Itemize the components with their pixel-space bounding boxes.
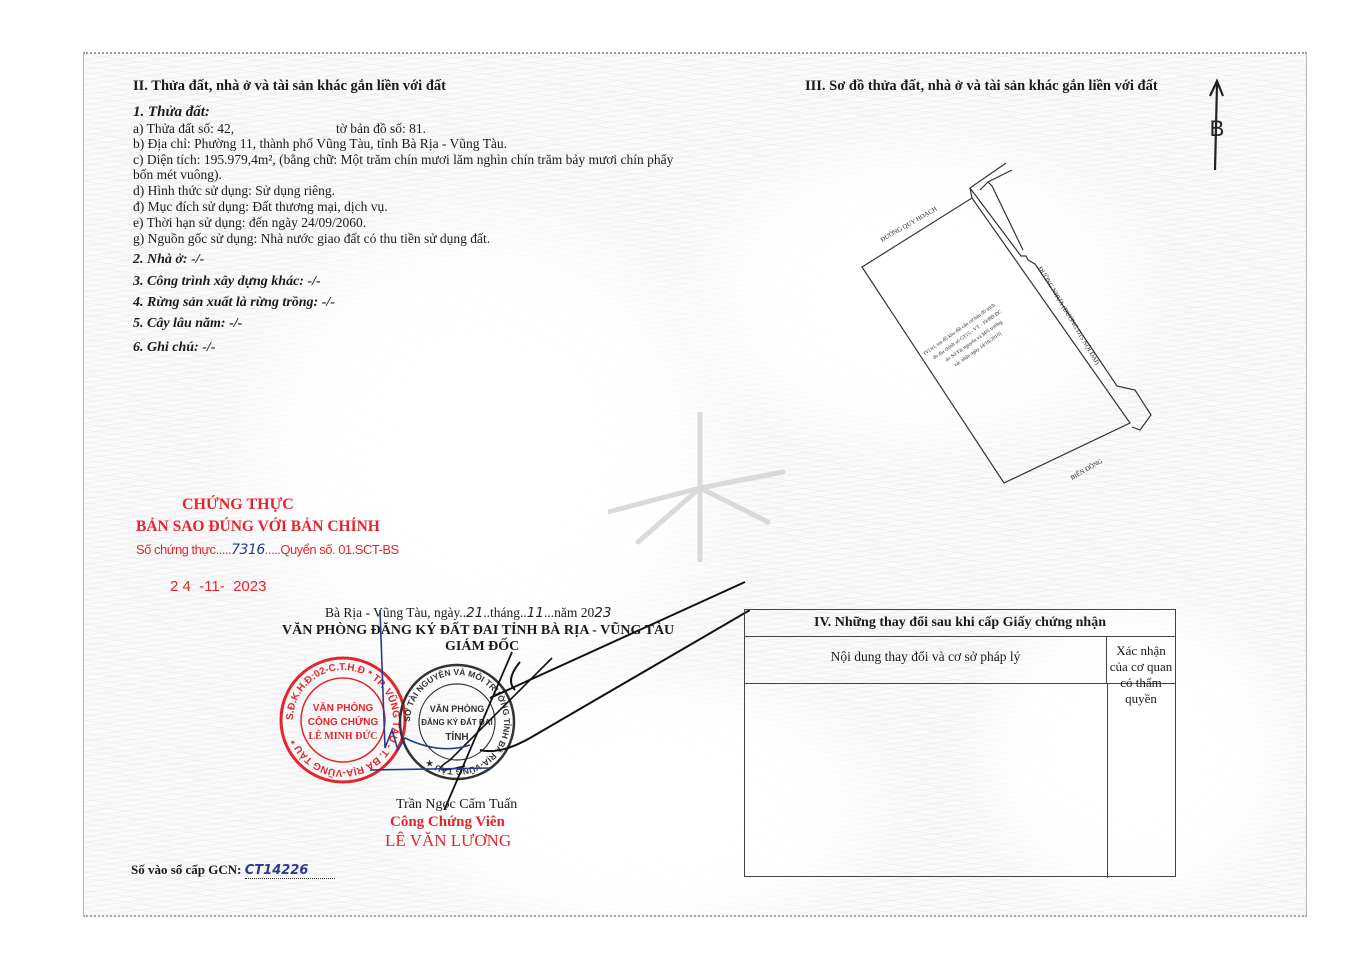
notary-name: LÊ VĂN LƯƠNG bbox=[385, 831, 511, 851]
usage-origin: g) Nguồn gốc sử dụng: Nhà nước giao đất … bbox=[133, 231, 490, 247]
cert-number-label: Số chứng thực bbox=[136, 542, 216, 557]
cert-book: Quyển số. 01.SCT-BS bbox=[280, 542, 398, 557]
registry-label: Số vào sổ cấp GCN: bbox=[131, 862, 242, 877]
col-change-content: Nội dung thay đổi và cơ sở pháp lý bbox=[745, 637, 1107, 683]
item-perennial: 5. Cây lâu năm: -/- bbox=[133, 316, 242, 332]
usage-form: d) Hình thức sử dụng: Sử dụng riêng. bbox=[133, 183, 335, 199]
notary-title: Công Chứng Viên bbox=[390, 814, 505, 831]
col-authority-confirmation: Xác nhận của cơ quan có thẩm quyền bbox=[1107, 637, 1175, 683]
item-other-construction: 3. Công trình xây dựng khác: -/- bbox=[133, 274, 321, 290]
north-arrow-icon: B bbox=[1200, 76, 1230, 176]
certification-stamp-title: CHỨNG THỰC bbox=[182, 496, 294, 514]
parcel-area: c) Diện tích: 195.979,4m², (bằng chữ: Mộ… bbox=[133, 152, 673, 168]
cert-number-value: 7316 bbox=[231, 542, 265, 558]
usage-term: e) Thời hạn sử dụng: đến ngày 24/09/2060… bbox=[133, 215, 366, 231]
parcel-number: a) Thửa đất số: 42, bbox=[133, 121, 234, 137]
item-house: 2. Nhà ở: -/- bbox=[133, 252, 204, 268]
registry-line: Số vào sổ cấp GCN: CT14226 bbox=[131, 862, 335, 879]
certification-number-line: Số chứng thực.....7316.....Quyển số. 01.… bbox=[136, 542, 399, 558]
parcel-address: b) Địa chỉ: Phường 11, thành phố Vũng Tà… bbox=[133, 136, 507, 152]
section-ii-title: II. Thửa đất, nhà ở và tài sản khác gắn … bbox=[133, 78, 446, 95]
parcel-note: (Vị trí, tọa độ khu đất căn cứ bản đồ tr… bbox=[922, 300, 1014, 378]
certification-stamp-subtitle: BẢN SAO ĐÚNG VỚI BẢN CHÍNH bbox=[136, 518, 380, 536]
sunburst-watermark bbox=[608, 412, 788, 562]
changes-table-header: Nội dung thay đổi và cơ sở pháp lý Xác n… bbox=[745, 637, 1175, 684]
signer-name: Trần Ngọc Cẩm Tuấn bbox=[396, 797, 517, 813]
parcel-diagram: ĐƯỜNG QUY HOẠCH ĐƯỜNG NHỰA (ĐƯỜNG D15 NỘ… bbox=[850, 160, 1170, 500]
section-iii-title: III. Sơ đồ thửa đất, nhà ở và tài sản kh… bbox=[805, 78, 1158, 95]
registry-value: CT14226 bbox=[245, 863, 335, 879]
item-notes: 6. Ghi chú: -/- bbox=[133, 340, 215, 356]
parcel-heading: 1. Thửa đất: bbox=[133, 104, 210, 121]
col-authority-line1: Xác nhận của cơ quan bbox=[1107, 643, 1175, 675]
authority-confirmation-cell bbox=[1108, 684, 1175, 878]
changes-table-body bbox=[745, 684, 1175, 878]
changes-table: IV. Những thay đổi sau khi cấp Giấy chứn… bbox=[744, 609, 1176, 877]
usage-purpose: đ) Mục đích sử dụng: Đất thương mại, dịc… bbox=[133, 199, 388, 215]
signature-strokes bbox=[330, 570, 750, 810]
sea-south-label: BIỂN ĐÔNG bbox=[1069, 457, 1104, 482]
road-east-label: ĐƯỜNG NHỰA (ĐƯỜNG D15 NỘI ĐẠI) bbox=[1036, 265, 1101, 366]
parcel-area-cont: bốn mét vuông). bbox=[133, 167, 222, 183]
section-iv-title: IV. Những thay đổi sau khi cấp Giấy chứn… bbox=[745, 610, 1175, 637]
item-forest: 4. Rừng sản xuất là rừng trồng: -/- bbox=[133, 295, 335, 311]
change-content-cell bbox=[745, 684, 1108, 878]
certification-date: 2 4 -11- 2023 bbox=[170, 578, 266, 595]
map-sheet-number: tờ bản đồ số: 81. bbox=[336, 121, 426, 137]
north-label: B bbox=[1210, 116, 1225, 141]
